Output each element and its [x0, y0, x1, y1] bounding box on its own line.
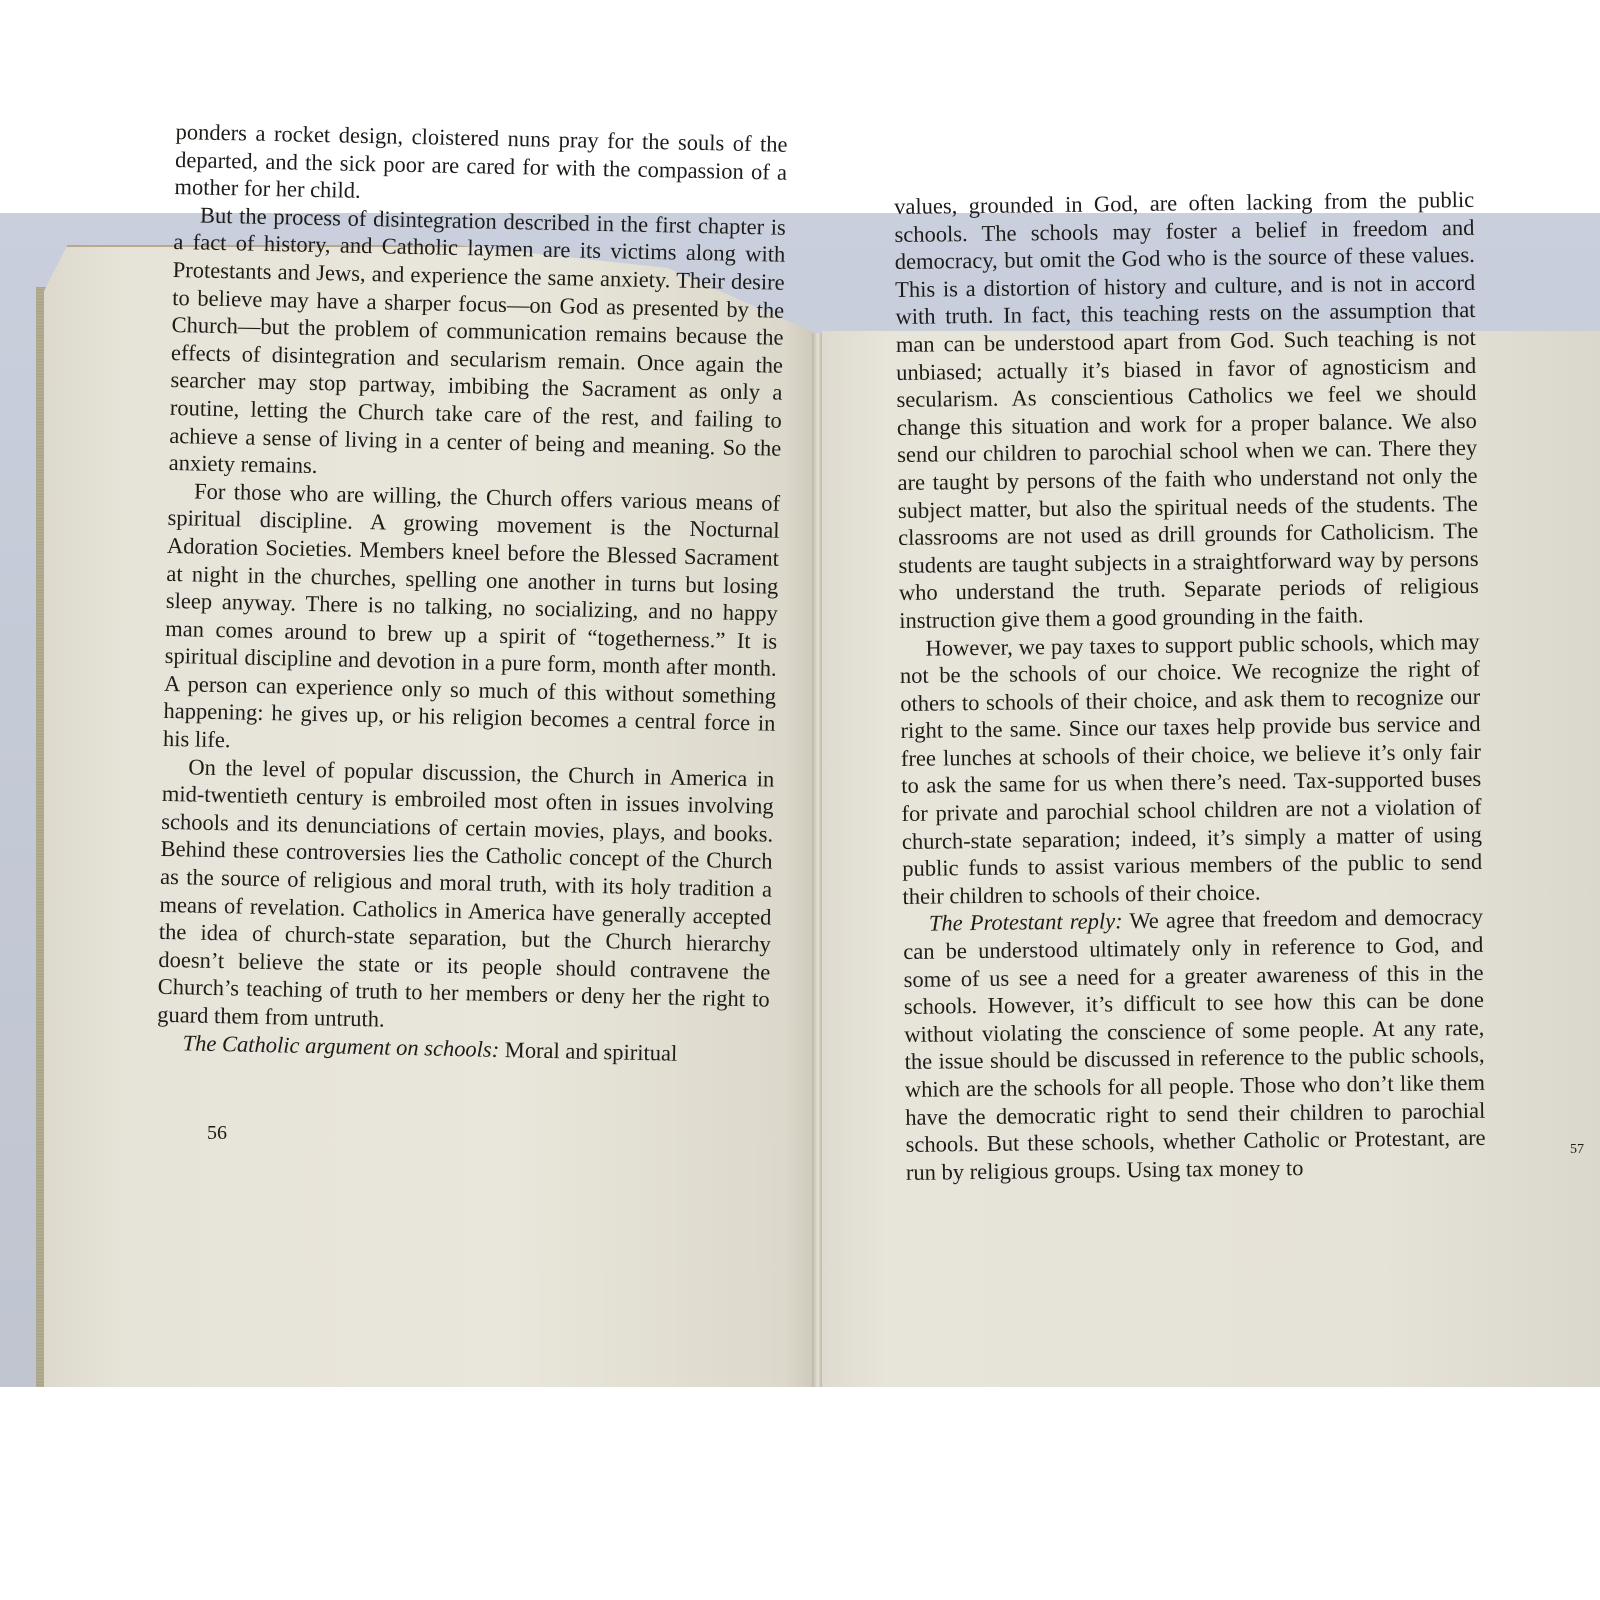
left-page-text: ponders a rocket design, cloistered nuns… — [156, 118, 788, 1069]
paragraph: But the process of disintegration descri… — [168, 201, 786, 490]
section-lead: The Catholic argument on schools: — [182, 1030, 499, 1062]
paragraph-text: Moral and spiritual — [499, 1037, 678, 1066]
paragraph: The Protestant reply: We agree that free… — [903, 903, 1486, 1186]
page-number-right: 57 — [1570, 1142, 1584, 1158]
paragraph: ponders a rocket design, cloistered nuns… — [174, 118, 788, 214]
paragraph-text: We agree that freedom and democracy can … — [903, 904, 1486, 1184]
right-page-text: values, grounded in God, are often lacki… — [894, 186, 1486, 1186]
section-lead: The Protestant reply: — [929, 909, 1123, 936]
paragraph: On the level of popular discussion, the … — [157, 753, 775, 1042]
paragraph: For those who are willing, the Church of… — [163, 477, 781, 766]
page-number-left: 56 — [207, 1122, 227, 1145]
paragraph: However, we pay taxes to support public … — [899, 627, 1482, 910]
paragraph: values, grounded in God, are often lacki… — [894, 186, 1479, 635]
